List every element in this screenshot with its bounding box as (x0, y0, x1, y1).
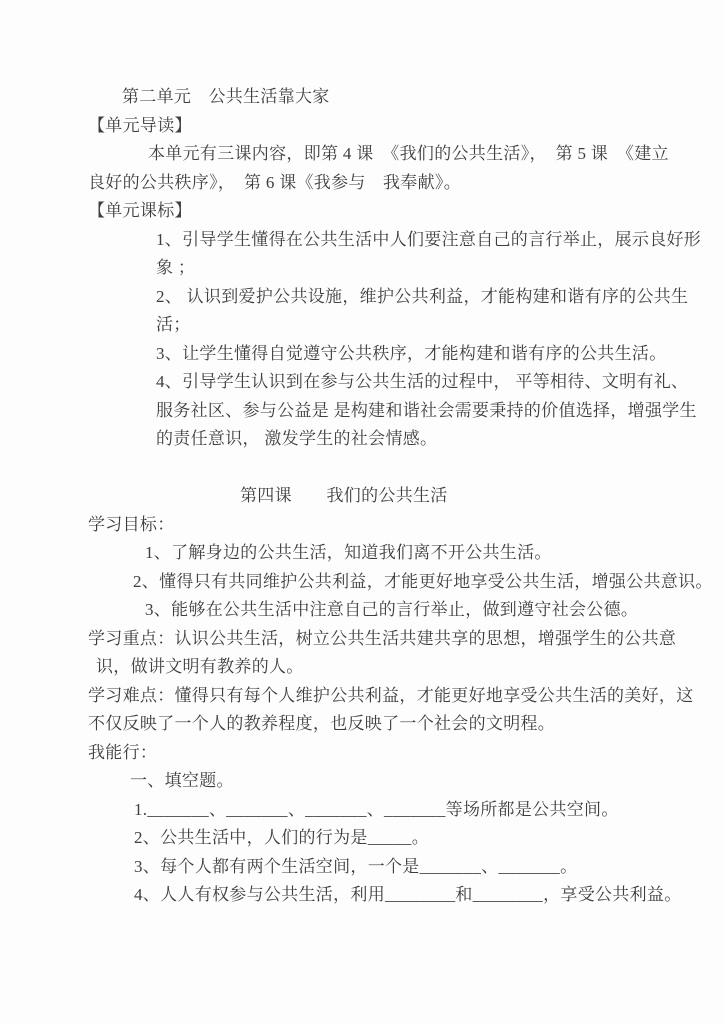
document-content: 第二单元 公共生活靠大家 【单元导读】 本单元有三课内容，即第 4 课 《我们的… (0, 0, 724, 910)
exercise-section-title: 一、填空题。 (130, 767, 634, 796)
standard-item-line: 服务社区、参与公益是 是构建和谐社会需要秉持的价值选择，增强学生 (156, 397, 634, 426)
standard-item-line: 1、引导学生懂得在公共生活中人们要注意自己的言行举止，展示良好形 (156, 226, 634, 255)
standard-item-line: 活； (156, 311, 634, 340)
key-points-line: 学习重点：认识公共生活，树立公共生活共建共享的思想，增强学生的公共意 (88, 625, 634, 654)
difficulty-line: 学习难点：懂得只有每个人维护公共利益，才能更好地享受公共生活的美好，这 (88, 682, 634, 711)
goals-heading: 学习目标： (88, 511, 634, 540)
standard-item-line: 的责任意识， 激发学生的社会情感。 (156, 425, 634, 454)
goal-line: 2、懂得只有共同维护公共利益，才能更好地享受公共生活，增强公共意识。 (133, 568, 634, 597)
blank-line (88, 454, 634, 483)
unit-standards-heading: 【单元课标】 (88, 197, 634, 226)
lesson-title: 第四课 我们的公共生活 (240, 482, 634, 511)
question-line: 3、每个人都有两个生活空间，一个是_______、_______。 (134, 853, 634, 882)
question-line: 4、人人有权参与公共生活，利用________和________，享受公共利益。 (134, 881, 634, 910)
i-can-heading: 我能行： (88, 739, 634, 768)
standard-item-line: 4、引导学生认识到在参与公共生活的过程中， 平等相待、文明有礼、 (156, 368, 634, 397)
goal-line: 1、了解身边的公共生活，知道我们离不开公共生活。 (145, 539, 634, 568)
difficulty-line: 不仅反映了一个人的教养程度，也反映了一个社会的文明程。 (88, 710, 634, 739)
question-line: 1._______、_______、_______、_______等场所都是公共… (134, 796, 634, 825)
key-points-line: 识，做讲文明有教养的人。 (96, 653, 634, 682)
standard-item-line: 象 ； (156, 254, 634, 283)
unit-intro-heading: 【单元导读】 (88, 112, 634, 141)
unit-title: 第二单元 公共生活靠大家 (122, 83, 634, 112)
unit-intro-line: 良好的公共秩序》， 第 6 课《我参与 我奉献》。 (88, 169, 634, 198)
unit-intro-line: 本单元有三课内容，即第 4 课 《我们的公共生活》， 第 5 课 《建立 (148, 140, 634, 169)
question-line: 2、公共生活中，人们的行为是_____。 (134, 824, 634, 853)
standard-item-line: 2、 认识到爱护公共设施，维护公共利益，才能构建和谐有序的公共生 (156, 283, 634, 312)
goal-line: 3、能够在公共生活中注意自己的言行举止，做到遵守社会公德。 (145, 596, 634, 625)
standard-item-line: 3、让学生懂得自觉遵守公共秩序，才能构建和谐有序的公共生活。 (156, 340, 634, 369)
document-page: 第二单元 公共生活靠大家 【单元导读】 本单元有三课内容，即第 4 课 《我们的… (0, 0, 724, 1024)
